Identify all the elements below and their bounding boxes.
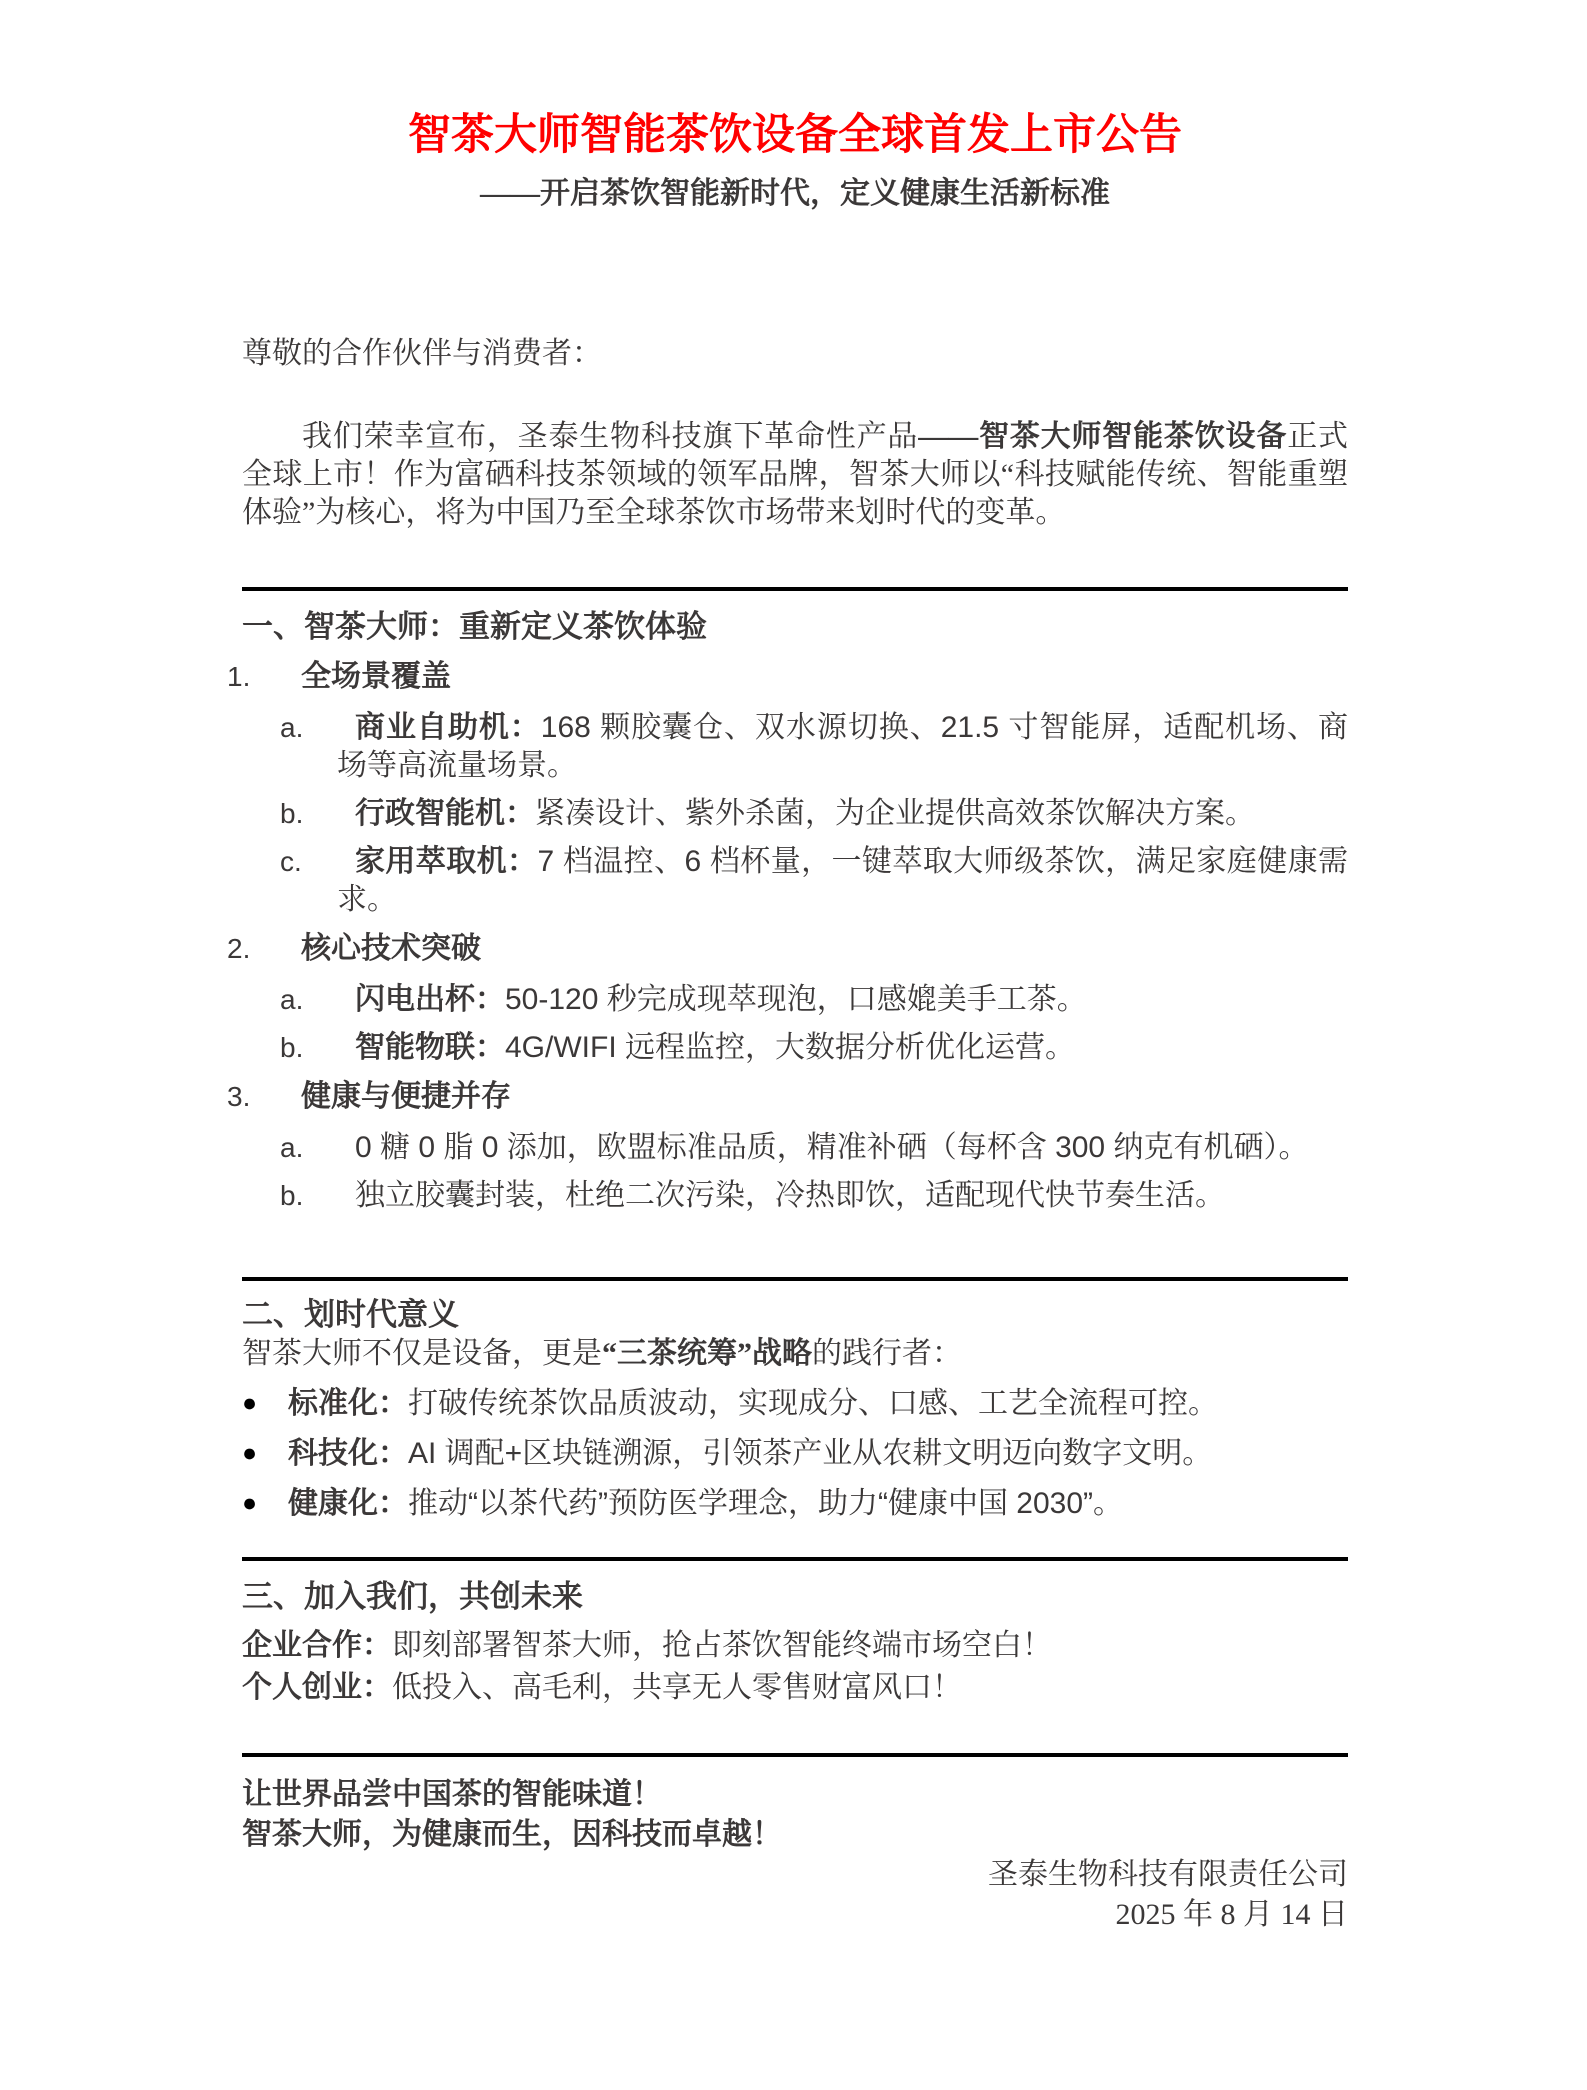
list-group-header: 3. 健康与便捷并存: [227, 1075, 1348, 1119]
item-desc: 4G/WIFI 远程监控，大数据分析优化运营。: [505, 1031, 1075, 1064]
section-divider: [242, 1753, 1348, 1757]
document-date: 2025 年 8 月 14 日: [242, 1895, 1348, 1935]
group-number: 2.: [227, 927, 301, 971]
section-divider: [242, 1557, 1348, 1561]
item-desc: 独立胶囊封装，杜绝二次污染，冷热即饮，适配现代快节奏生活。: [355, 1179, 1225, 1212]
line-text: 低投入、高毛利，共享无人零售财富风口！: [392, 1671, 962, 1704]
bullet-text: 科技化：AI 调配+区块链溯源，引领茶产业从农耕文明迈向数字文明。: [288, 1435, 1348, 1473]
list-item: a. 商业自助机：168 颗胶囊仓、双水源切换、21.5 寸智能屏，适配机场、商…: [280, 709, 1348, 785]
section-3-heading: 三、加入我们，共创未来: [242, 1577, 1348, 1617]
slogan-line-2: 智茶大师，为健康而生，因科技而卓越！: [242, 1815, 1348, 1855]
bullet-item: ● 科技化：AI 调配+区块链溯源，引领茶产业从农耕文明迈向数字文明。: [242, 1435, 1348, 1473]
item-label: 家用萃取机：: [355, 845, 537, 878]
section-2-heading: 二、划时代意义: [242, 1295, 1348, 1335]
bullet-desc: 打破传统茶饮品质波动，实现成分、口感、工艺全流程可控。: [408, 1387, 1218, 1420]
lead-text-post: 的践行者：: [812, 1337, 962, 1370]
item-text: 行政智能机：紧凑设计、紫外杀菌，为企业提供高效茶饮解决方案。: [337, 795, 1348, 833]
item-label: 商业自助机：: [355, 711, 541, 744]
group-title: 全场景覆盖: [301, 655, 451, 699]
bullet-icon: ●: [242, 1385, 288, 1423]
group-title: 核心技术突破: [301, 927, 481, 971]
lead-text-pre: 智茶大师不仅是设备，更是: [242, 1337, 602, 1370]
startup-line: 个人创业：低投入、高毛利，共享无人零售财富风口！: [242, 1667, 1348, 1709]
lead-text-bold: “三茶统筹”战略: [602, 1337, 812, 1370]
item-text: 家用萃取机：7 档温控、6 档杯量，一键萃取大师级茶饮，满足家庭健康需求。: [337, 843, 1348, 919]
cooperation-line: 企业合作：即刻部署智茶大师，抢占茶饮智能终端市场空白！: [242, 1625, 1348, 1667]
bullet-text: 健康化：推动“以茶代药”预防医学理念，助力“健康中国 2030”。: [288, 1485, 1348, 1523]
greeting-line: 尊敬的合作伙伴与消费者：: [242, 336, 1348, 372]
item-label: 行政智能机：: [355, 797, 535, 830]
list-item: a. 0 糖 0 脂 0 添加，欧盟标准品质，精准补硒（每杯含 300 纳克有机…: [280, 1129, 1348, 1167]
item-desc: 0 糖 0 脂 0 添加，欧盟标准品质，精准补硒（每杯含 300 纳克有机硒）。: [355, 1131, 1308, 1164]
item-label: 闪电出杯：: [355, 983, 505, 1016]
list-item: b. 行政智能机：紧凑设计、紫外杀菌，为企业提供高效茶饮解决方案。: [280, 795, 1348, 833]
group-title: 健康与便捷并存: [301, 1075, 511, 1119]
section-divider: [242, 587, 1348, 591]
bullet-text: 标准化：打破传统茶饮品质波动，实现成分、口感、工艺全流程可控。: [288, 1385, 1348, 1423]
item-marker: a.: [280, 709, 337, 785]
bullet-desc: 推动“以茶代药”预防医学理念，助力“健康中国 2030”。: [408, 1487, 1123, 1520]
bullet-item: ● 标准化：打破传统茶饮品质波动，实现成分、口感、工艺全流程可控。: [242, 1385, 1348, 1423]
slogan-line-1: 让世界品尝中国茶的智能味道！: [242, 1775, 1348, 1815]
item-text: 独立胶囊封装，杜绝二次污染，冷热即饮，适配现代快节奏生活。: [337, 1177, 1348, 1215]
list-group-header: 1. 全场景覆盖: [227, 655, 1348, 699]
group-number: 1.: [227, 655, 301, 699]
company-name: 圣泰生物科技有限责任公司: [242, 1855, 1348, 1895]
bullet-icon: ●: [242, 1435, 288, 1473]
bullet-label: 科技化：: [288, 1437, 408, 1470]
item-marker: c.: [280, 843, 337, 919]
bullet-icon: ●: [242, 1485, 288, 1523]
intro-text-pre: 我们荣幸宣布，圣泰生物科技旗下革命性产品: [302, 420, 918, 453]
item-label: 智能物联：: [355, 1031, 505, 1064]
item-marker: b.: [280, 795, 337, 833]
item-desc: 紧凑设计、紫外杀菌，为企业提供高效茶饮解决方案。: [535, 797, 1255, 830]
group-number: 3.: [227, 1075, 301, 1119]
item-marker: a.: [280, 981, 337, 1019]
section-2-lead: 智茶大师不仅是设备，更是“三茶统筹”战略的践行者：: [242, 1335, 1348, 1373]
item-marker: b.: [280, 1029, 337, 1067]
page-title: 智茶大师智能茶饮设备全球首发上市公告: [242, 112, 1348, 160]
page-subtitle: ——开启茶饮智能新时代，定义健康生活新标准: [242, 176, 1348, 212]
list-item: c. 家用萃取机：7 档温控、6 档杯量，一键萃取大师级茶饮，满足家庭健康需求。: [280, 843, 1348, 919]
line-label: 企业合作：: [242, 1629, 392, 1662]
document-page: 智茶大师智能茶饮设备全球首发上市公告 ——开启茶饮智能新时代，定义健康生活新标准…: [0, 0, 1587, 1935]
list-group-header: 2. 核心技术突破: [227, 927, 1348, 971]
item-marker: a.: [280, 1129, 337, 1167]
line-label: 个人创业：: [242, 1671, 392, 1704]
section-1-heading: 一、智茶大师：重新定义茶饮体验: [242, 607, 1348, 647]
line-text: 即刻部署智茶大师，抢占茶饮智能终端市场空白！: [392, 1629, 1052, 1662]
item-marker: b.: [280, 1177, 337, 1215]
bullet-desc: AI 调配+区块链溯源，引领茶产业从农耕文明迈向数字文明。: [408, 1437, 1212, 1470]
bullet-label: 标准化：: [288, 1387, 408, 1420]
list-item: b. 智能物联：4G/WIFI 远程监控，大数据分析优化运营。: [280, 1029, 1348, 1067]
item-text: 商业自助机：168 颗胶囊仓、双水源切换、21.5 寸智能屏，适配机场、商场等高…: [337, 709, 1348, 785]
bullet-item: ● 健康化：推动“以茶代药”预防医学理念，助力“健康中国 2030”。: [242, 1485, 1348, 1523]
intro-text-bold: ——智茶大师智能茶饮设备: [918, 420, 1287, 453]
item-text: 智能物联：4G/WIFI 远程监控，大数据分析优化运营。: [337, 1029, 1348, 1067]
item-text: 闪电出杯：50-120 秒完成现萃现泡，口感媲美手工茶。: [337, 981, 1348, 1019]
bullet-label: 健康化：: [288, 1487, 408, 1520]
item-text: 0 糖 0 脂 0 添加，欧盟标准品质，精准补硒（每杯含 300 纳克有机硒）。: [337, 1129, 1348, 1167]
intro-paragraph: 我们荣幸宣布，圣泰生物科技旗下革命性产品——智茶大师智能茶饮设备正式全球上市！作…: [242, 418, 1348, 532]
section-divider: [242, 1277, 1348, 1281]
list-item: b. 独立胶囊封装，杜绝二次污染，冷热即饮，适配现代快节奏生活。: [280, 1177, 1348, 1215]
item-desc: 50-120 秒完成现萃现泡，口感媲美手工茶。: [505, 983, 1087, 1016]
list-item: a. 闪电出杯：50-120 秒完成现萃现泡，口感媲美手工茶。: [280, 981, 1348, 1019]
